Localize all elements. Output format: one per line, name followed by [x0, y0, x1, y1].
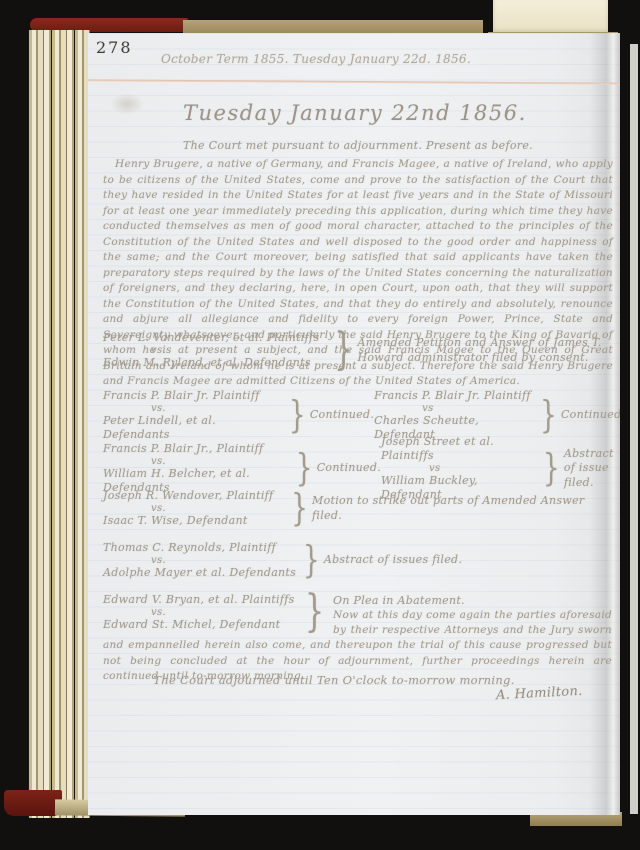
- case-note: Amended Petition and Answer of James T. …: [357, 336, 612, 365]
- brace-icon: [305, 591, 324, 635]
- case-parties: Thomas C. Reynolds, Plaintiff vs. Adolph…: [103, 541, 299, 580]
- vs-label: vs.: [103, 503, 287, 514]
- case-parties: Francis P. Blair Jr., Plaintiff vs. Will…: [103, 442, 292, 495]
- ledger-page: 278 October Term 1855. Tuesday January 2…: [88, 33, 620, 815]
- case-parties: Joseph R. Wendover, Plaintiff vs. Isaac …: [103, 489, 287, 528]
- vs-label: vs: [381, 463, 539, 474]
- party-plaintiff: Edward V. Bryan, et al. Plaintiffs: [103, 593, 301, 607]
- margin-rule-line: [88, 79, 620, 84]
- case-note: Motion to strike out parts of Amended An…: [312, 494, 612, 523]
- page-marker-tab: [493, 0, 608, 34]
- day-heading: Tuesday January 22nd 1856.: [183, 101, 527, 125]
- party-plaintiff: Francis P. Blair Jr., Plaintiff: [103, 442, 292, 456]
- party-plaintiff: Thomas C. Reynolds, Plaintiff: [103, 541, 299, 555]
- brace-icon: [303, 542, 320, 580]
- running-head: October Term 1855. Tuesday January 22d. …: [88, 52, 620, 66]
- book-cover-bottom-corner: [4, 790, 62, 816]
- brace-icon: [543, 450, 560, 488]
- party-plaintiff: Peter L. Vandeventer, et al. Plaintiffs: [103, 331, 330, 345]
- vs-label: vs: [374, 403, 536, 414]
- case-note: Abstract of issue filed.: [564, 447, 620, 491]
- scan-edge-strip: [630, 44, 638, 814]
- vs-label: vs.: [103, 456, 292, 467]
- vs-label: vs.: [103, 345, 330, 356]
- clerk-signature: A. Hamilton.: [496, 684, 583, 704]
- case-parties: Peter L. Vandeventer, et al. Plaintiffs …: [103, 331, 330, 370]
- vs-label: vs.: [103, 607, 301, 618]
- party-defendant: Isaac T. Wise, Defendant: [103, 514, 287, 528]
- party-plaintiff: Francis P. Blair Jr. Plaintiff: [374, 389, 536, 403]
- party-plaintiff: Francis P. Blair Jr. Plaintiff: [103, 389, 285, 403]
- case-note: Abstract of issues filed.: [324, 553, 462, 568]
- case-note: Continued.: [310, 408, 374, 423]
- book-pages-top-edge: [183, 20, 483, 33]
- brace-icon: [296, 450, 313, 488]
- party-plaintiff: Joseph Street et al. Plaintiffs: [381, 435, 539, 463]
- brace-icon: [289, 397, 306, 435]
- party-defendant: Edwin M. Ryland, et al. Defendants: [103, 356, 330, 370]
- case-entry-wendover-wise: Joseph R. Wendover, Plaintiff vs. Isaac …: [103, 489, 612, 528]
- party-defendant: Edward St. Michel, Defendant: [103, 618, 301, 632]
- brace-icon: [540, 397, 557, 435]
- case-note: Continued.: [561, 408, 620, 423]
- party-plaintiff: Joseph R. Wendover, Plaintiff: [103, 489, 287, 503]
- brace-icon: [334, 329, 353, 373]
- vs-label: vs.: [103, 555, 299, 566]
- case-entry-vandeventer-ryland: Peter L. Vandeventer, et al. Plaintiffs …: [103, 331, 612, 370]
- ink-smudge: [110, 93, 144, 115]
- case-entry-bryan-stmichel: Edward V. Bryan, et al. Plaintiffs vs. E…: [103, 593, 612, 684]
- case-entry-reynolds-mayer: Thomas C. Reynolds, Plaintiff vs. Adolph…: [103, 541, 612, 580]
- opening-line: The Court met pursuant to adjournment. P…: [183, 139, 533, 152]
- brace-icon: [291, 490, 308, 528]
- case-parties: Edward V. Bryan, et al. Plaintiffs vs. E…: [103, 593, 301, 632]
- vs-label: vs.: [103, 403, 285, 414]
- case-note: Continued.: [317, 461, 381, 476]
- party-defendant: Adolphe Mayer et al. Defendants: [103, 566, 299, 580]
- page-stack-left-edge: [28, 30, 90, 818]
